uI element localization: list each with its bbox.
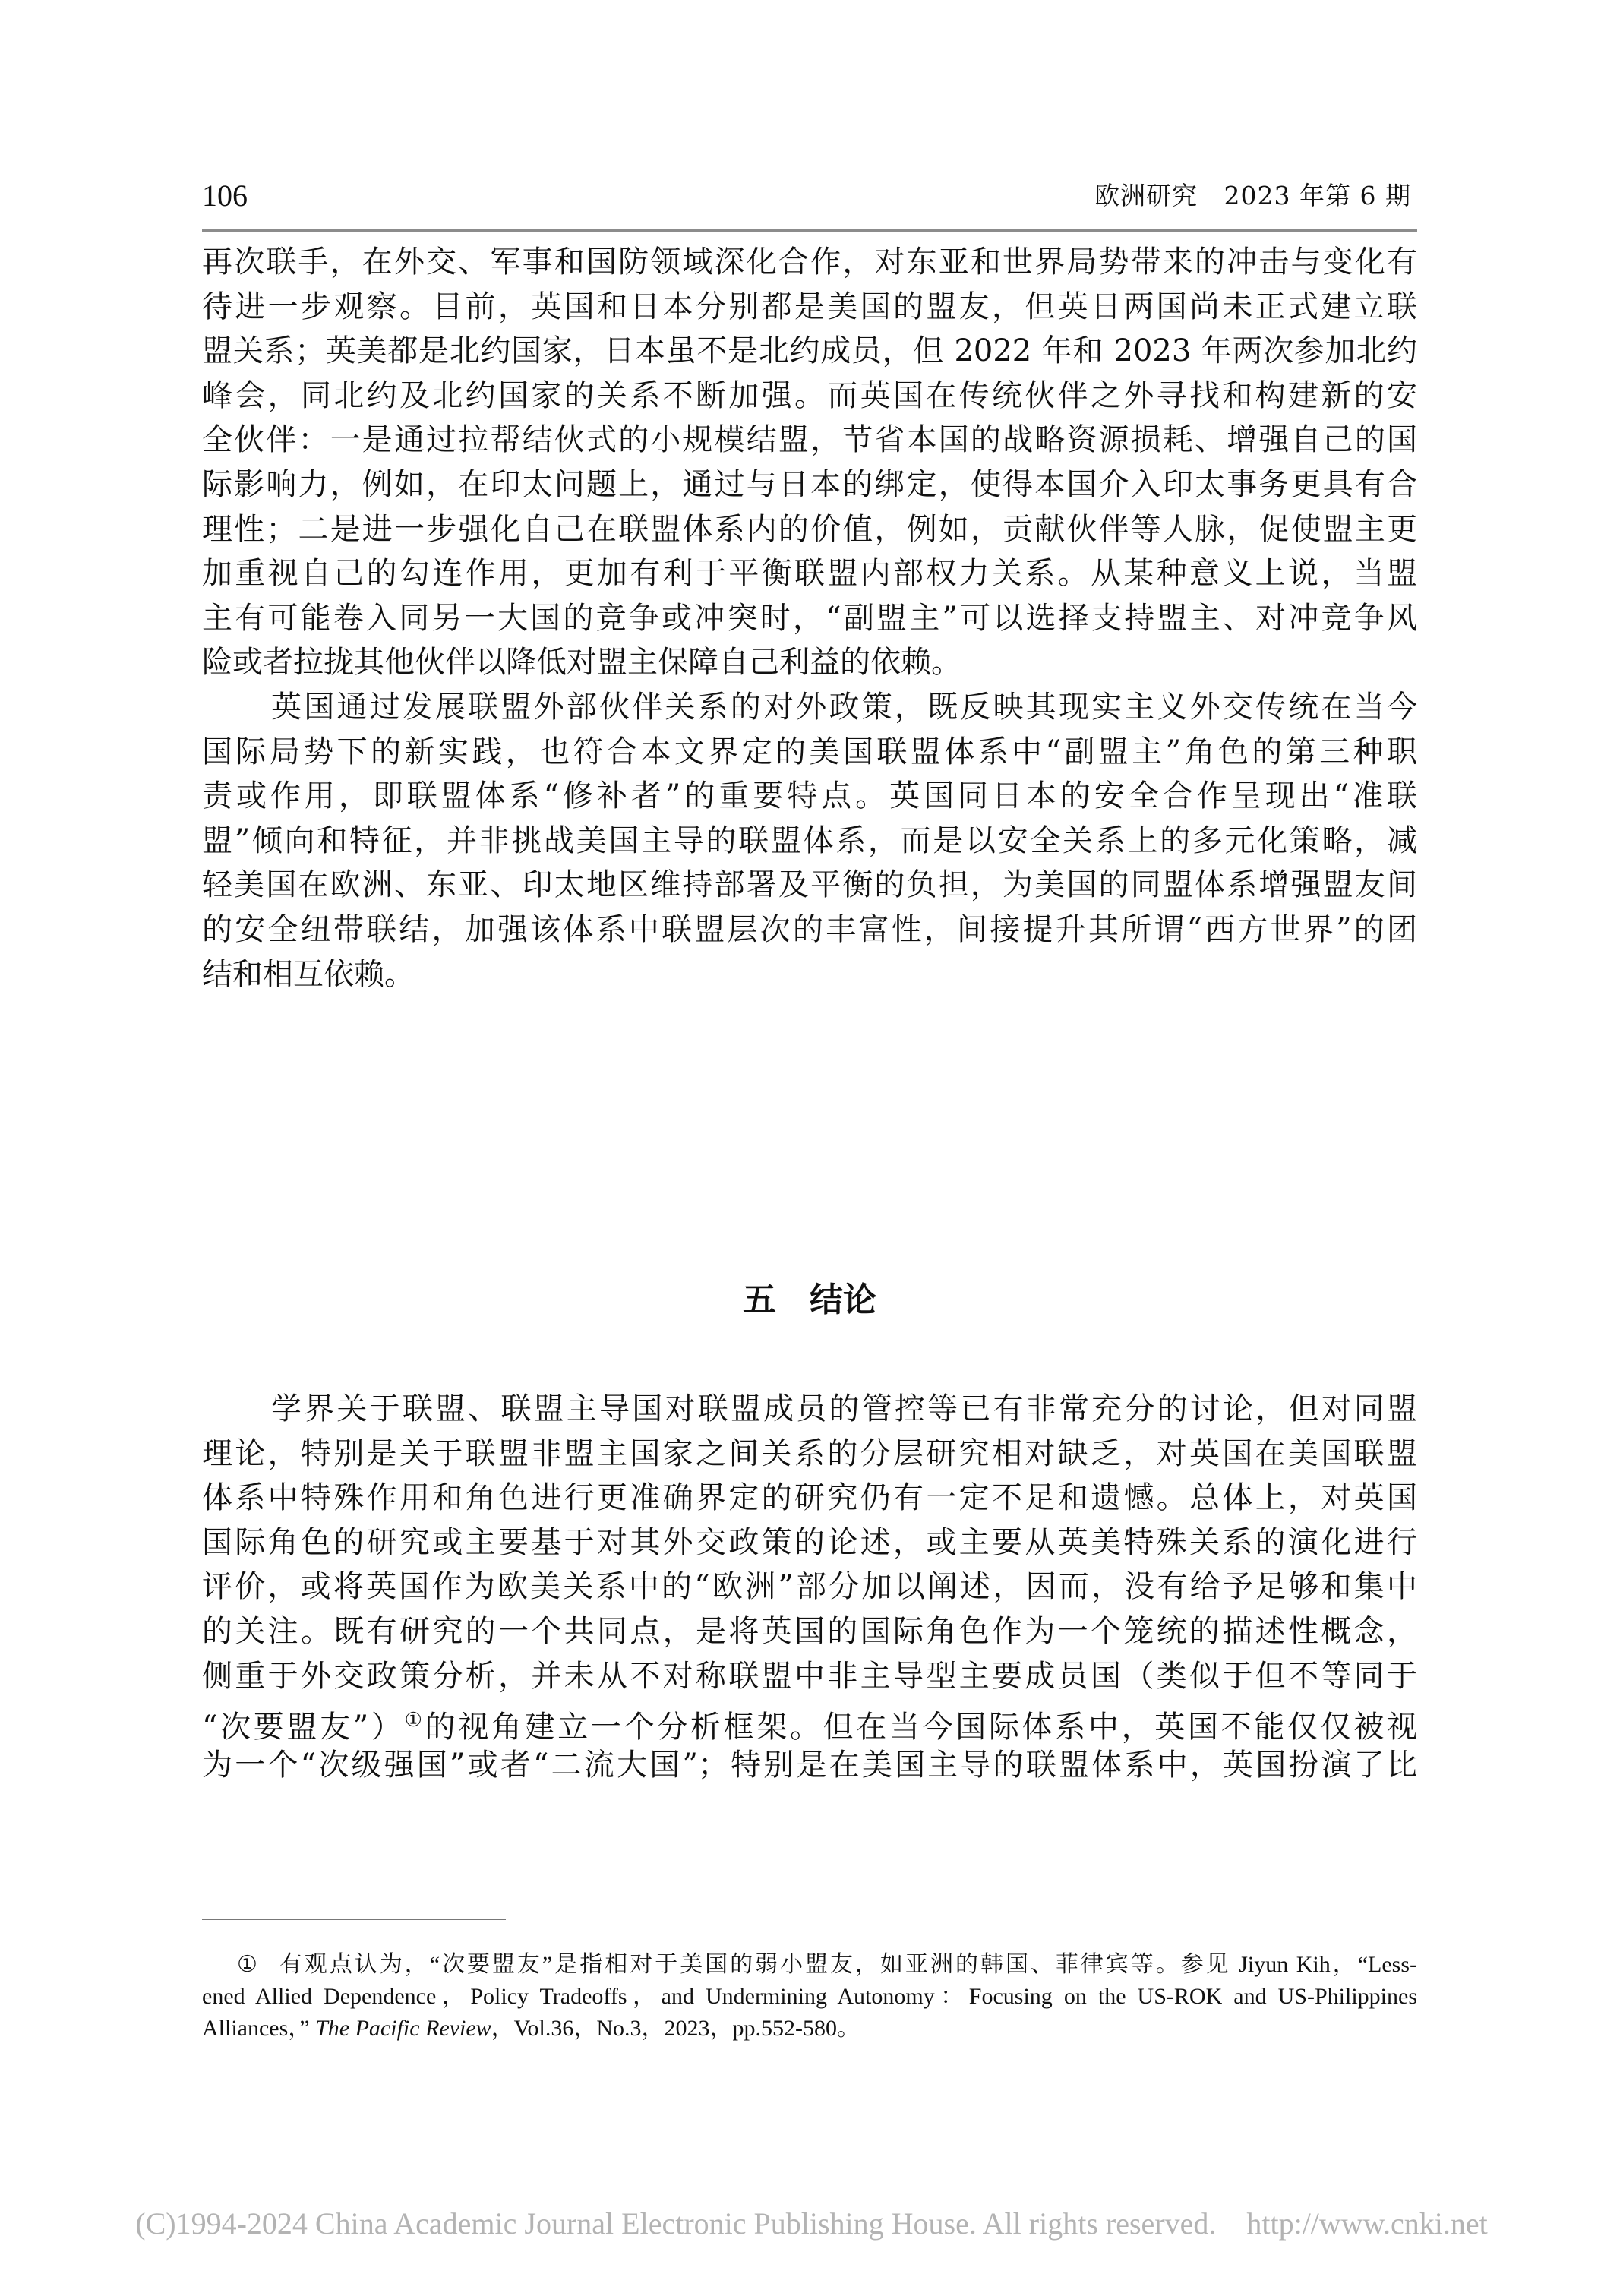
- text-line: 盟”倾向和特征，并非挑战美国主导的联盟体系，而是以安全关系上的多元化策略，减: [202, 819, 1417, 864]
- copyright-watermark: (C)1994-2024 China Academic Journal Elec…: [0, 2203, 1623, 2245]
- footnote-divider: [202, 1919, 506, 1920]
- text-line: 理论，特别是关于联盟非盟主国家之间关系的分层研究相对缺乏，对英国在美国联盟: [202, 1432, 1417, 1476]
- text-segment: “次要盟友”）: [202, 1710, 405, 1745]
- footnote-marker: ①: [237, 1952, 260, 1977]
- text-line: 国际局势下的新实践，也符合本文界定的美国联盟体系中“副盟主”角色的第三种职: [202, 730, 1417, 775]
- text-line-with-note: “次要盟友”）①的视角建立一个分析框架。但在当今国际体系中，英国不能仅仅被视: [202, 1698, 1417, 1743]
- text-line: 主有可能卷入同另一大国的竞争或冲突时，“副盟主”可以选择支持盟主、对冲竞争风: [202, 596, 1417, 641]
- paragraph-conclusion: 学界关于联盟、联盟主导国对联盟成员的管控等已有非常充分的讨论，但对同盟 理论，特…: [202, 1387, 1417, 1787]
- text-line: 盟关系；英美都是北约国家，日本虽不是北约成员，但 2022 年和 2023 年两…: [202, 329, 1417, 374]
- paragraph-1: 再次联手，在外交、军事和国防领域深化合作，对东亚和世界局势带来的冲击与变化有 待…: [202, 240, 1417, 685]
- text-line: 待进一步观察。目前，英国和日本分别都是美国的盟友，但英日两国尚未正式建立联: [202, 285, 1417, 330]
- header-divider: [202, 229, 1417, 232]
- text-line: 责或作用，即联盟体系“修补者”的重要特点。英国同日本的安全合作呈现出“准联: [202, 774, 1417, 819]
- running-header: 106 欧洲研究 2023 年第 6 期: [202, 173, 1417, 219]
- footnote-line: ened Allied Dependence，Policy Tradeoffs，…: [202, 1981, 1417, 2013]
- footnote-text: 有观点认为，“次要盟友”是指相对于美国的弱小盟友，如亚洲的韩国、菲律宾等。参见 …: [279, 1952, 1417, 1977]
- footnote: ①有观点认为，“次要盟友”是指相对于美国的弱小盟友，如亚洲的韩国、菲律宾等。参见…: [202, 1949, 1417, 2045]
- footnote-line: Alliances，” The Pacific Review，Vol.36，No…: [202, 2013, 1417, 2045]
- text-line: 险或者拉拢其他伙伴以降低对盟主保障自己利益的依赖。: [202, 640, 1417, 685]
- text-line: 英国通过发展联盟外部伙伴关系的对外政策，既反映其现实主义外交传统在当今: [202, 685, 1417, 730]
- footnote-line: ①有观点认为，“次要盟友”是指相对于美国的弱小盟友，如亚洲的韩国、菲律宾等。参见…: [202, 1949, 1417, 1981]
- page-number: 106: [202, 173, 248, 219]
- paragraph-2: 英国通过发展联盟外部伙伴关系的对外政策，既反映其现实主义外交传统在当今 国际局势…: [202, 685, 1417, 996]
- text-line: 结和相互依赖。: [202, 952, 1417, 997]
- document-page: 106 欧洲研究 2023 年第 6 期 再次联手，在外交、军事和国防领域深化合…: [0, 0, 1623, 2296]
- text-line: 峰会，同北约及北约国家的关系不断加强。而英国在传统伙伴之外寻找和构建新的安: [202, 374, 1417, 418]
- text-line: 学界关于联盟、联盟主导国对联盟成员的管控等已有非常充分的讨论，但对同盟: [202, 1387, 1417, 1432]
- journal-title: The Pacific Review: [315, 2016, 491, 2041]
- text-line: 侧重于外交政策分析，并未从不对称联盟中非主导型主要成员国（类似于但不等同于: [202, 1654, 1417, 1699]
- text-line: 评价，或将英国作为欧美关系中的“欧洲”部分加以阐述，因而，没有给予足够和集中: [202, 1565, 1417, 1609]
- text-line: 加重视自己的勾连作用，更加有利于平衡联盟内部权力关系。从某种意义上说，当盟: [202, 551, 1417, 596]
- text-line: 国际角色的研究或主要基于对其外交政策的论述，或主要从英美特殊关系的演化进行: [202, 1521, 1417, 1565]
- journal-issue: 欧洲研究 2023 年第 6 期: [1094, 173, 1411, 219]
- text-line: 的关注。既有研究的一个共同点，是将英国的国际角色作为一个笼统的描述性概念，: [202, 1609, 1417, 1654]
- text-line: 体系中特殊作用和角色进行更准确界定的研究仍有一定不足和遗憾。总体上，对英国: [202, 1476, 1417, 1521]
- footnote-text: Alliances，”: [202, 2016, 310, 2041]
- section-heading: 五 结论: [202, 1276, 1417, 1325]
- footnote-text: ，Vol.36，No.3，2023，pp.552-580。: [491, 2016, 860, 2041]
- text-line: 轻美国在欧洲、东亚、印太地区维持部署及平衡的负担，为美国的同盟体系增强盟友间: [202, 863, 1417, 908]
- text-line: 再次联手，在外交、军事和国防领域深化合作，对东亚和世界局势带来的冲击与变化有: [202, 240, 1417, 285]
- text-line: 为一个“次级强国”或者“二流大国”；特别是在美国主导的联盟体系中，英国扮演了比: [202, 1743, 1417, 1788]
- text-line: 全伙伴：一是通过拉帮结伙式的小规模结盟，节省本国的战略资源损耗、增强自己的国: [202, 418, 1417, 463]
- text-line: 际影响力，例如，在印太问题上，通过与日本的绑定，使得本国介入印太事务更具有合: [202, 463, 1417, 507]
- footnote-ref[interactable]: ①: [405, 1709, 425, 1732]
- text-segment: 的视角建立一个分析框架。但在当今国际体系中，英国不能仅仅被视: [425, 1710, 1417, 1745]
- text-line: 理性；二是进一步强化自己在联盟体系内的价值，例如，贡献伙伴等人脉，促使盟主更: [202, 507, 1417, 552]
- text-line: 的安全纽带联结，加强该体系中联盟层次的丰富性，间接提升其所谓“西方世界”的团: [202, 908, 1417, 952]
